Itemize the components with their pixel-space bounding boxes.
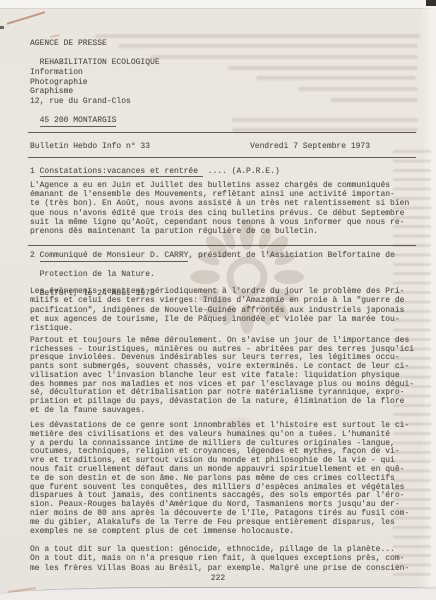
section2-title: Communiqué de Monsieur D. CARRY [40, 251, 189, 262]
section1-title-suffix: .... (A.P.R.E.) [203, 167, 280, 176]
bulletin-date: Vendredi 7 Septembre 1973 [250, 142, 370, 151]
agency-activities: Information Photographie Graphisme [30, 68, 88, 97]
section1-heading: 1 Constatations:vacances et rentrée ....… [30, 167, 280, 176]
bulletin-title: Bulletin Hebdo Info n° 33 [30, 142, 150, 151]
agency-name-line2: REHABILITATION ECOLOGIQUE [40, 58, 160, 67]
bleedthrough-line [232, 118, 418, 122]
section1-number: 1 [30, 167, 40, 176]
pen-mark [7, 11, 46, 25]
scanner-top-strip [0, 0, 436, 9]
section2-title-suffix: , président de l'Assiciation Belfortaine… [188, 251, 394, 260]
bleedthrough-line [298, 87, 418, 91]
scan-corner-mark [426, 0, 436, 6]
section2-paragraph-3: Les dévastations de ce genre sont innomb… [30, 422, 409, 536]
paper-bottom-edge [0, 587, 436, 600]
section1-paragraph: L'Agence a eu en Juin et Juillet des bul… [30, 181, 409, 237]
bleedthrough-line [232, 128, 418, 132]
page-number: 222 [0, 574, 436, 583]
agency-name: AGENCE DE PRESSE REHABILITATION ECOLOGIQ… [30, 39, 160, 68]
section2-title-line2: Protection de la Nature. [40, 270, 155, 279]
horizontal-rule [28, 157, 416, 158]
bleedthrough-line [330, 98, 418, 102]
bleedthrough-line [150, 55, 418, 59]
ink-speck [0, 26, 4, 29]
section2-paragraph-4: On a tout dit sur la question: génocide,… [30, 545, 409, 573]
pen-mark [50, 34, 60, 37]
section1-title: Constatations:vacances et rentrée [40, 167, 203, 178]
address-city: 45 200 MONTARGIS [40, 116, 117, 127]
address-street: 12, rue du Grand-Clos [30, 97, 131, 106]
section2-paragraph-2: Partout et toujours le même déroulement.… [30, 337, 414, 415]
section2-number: 2 [30, 251, 40, 260]
bleedthrough-line [118, 44, 418, 48]
section2-paragraph-1: Les évènements remettent périodiquement … [30, 287, 404, 334]
horizontal-rule [28, 132, 416, 133]
bleedthrough-line [228, 66, 418, 70]
agency-address: 12, rue du Grand-Clos 45 200 MONTARGIS [30, 97, 131, 126]
agency-name-line1: AGENCE DE PRESSE [30, 39, 107, 48]
scanned-bulletin-page: AGENCE DE PRESSE REHABILITATION ECOLOGIQ… [0, 0, 436, 600]
bleedthrough-line [256, 76, 416, 80]
bleedthrough-line [95, 34, 420, 38]
horizontal-rule [28, 245, 416, 246]
